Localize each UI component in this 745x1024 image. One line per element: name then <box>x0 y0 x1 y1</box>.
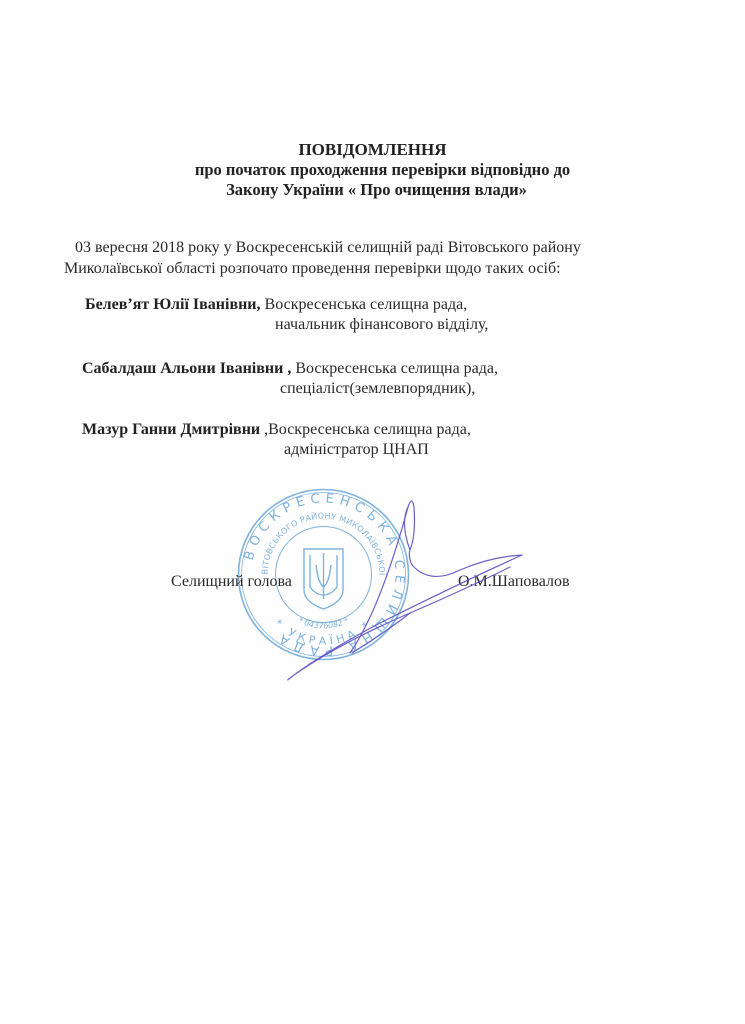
person-position: адміністратор ЦНАП <box>284 440 471 460</box>
document-header: ПОВІДОМЛЕННЯ про початок проходження пер… <box>0 140 745 200</box>
handwritten-signature <box>260 495 540 695</box>
person-position: спеціаліст(землевпорядник), <box>280 379 498 399</box>
person-entry: Белев’ят Юлії Іванівни, Воскресенська се… <box>85 295 488 335</box>
person-organization: Воскресенська селищна рада, <box>291 360 498 377</box>
person-name: Мазур Ганни Дмитрівни <box>82 421 260 438</box>
document-subtitle-line2: Закону України « Про очищення влади» <box>0 180 745 200</box>
document-page: ПОВІДОМЛЕННЯ про початок проходження пер… <box>0 0 745 1024</box>
person-organization: ,Воскресенська селищна рада, <box>260 421 471 438</box>
person-position: начальник фінансового відділу, <box>275 315 488 335</box>
document-title: ПОВІДОМЛЕННЯ <box>0 140 745 160</box>
person-entry: Мазур Ганни Дмитрівни ,Воскресенська сел… <box>82 420 471 460</box>
person-entry: Сабалдаш Альони Іванівни , Воскресенська… <box>82 359 498 399</box>
intro-line-2: Миколаївської області розпочато проведен… <box>64 258 581 279</box>
person-name: Сабалдаш Альони Іванівни , <box>82 360 291 377</box>
person-name: Белев’ят Юлії Іванівни, <box>85 296 261 313</box>
document-subtitle-line1: про початок проходження перевірки відпов… <box>0 160 745 180</box>
intro-line-1: 03 вересня 2018 року у Воскресенській се… <box>75 237 581 258</box>
intro-paragraph: 03 вересня 2018 року у Воскресенській се… <box>75 237 581 279</box>
person-organization: Воскресенська селищна рада, <box>261 296 468 313</box>
